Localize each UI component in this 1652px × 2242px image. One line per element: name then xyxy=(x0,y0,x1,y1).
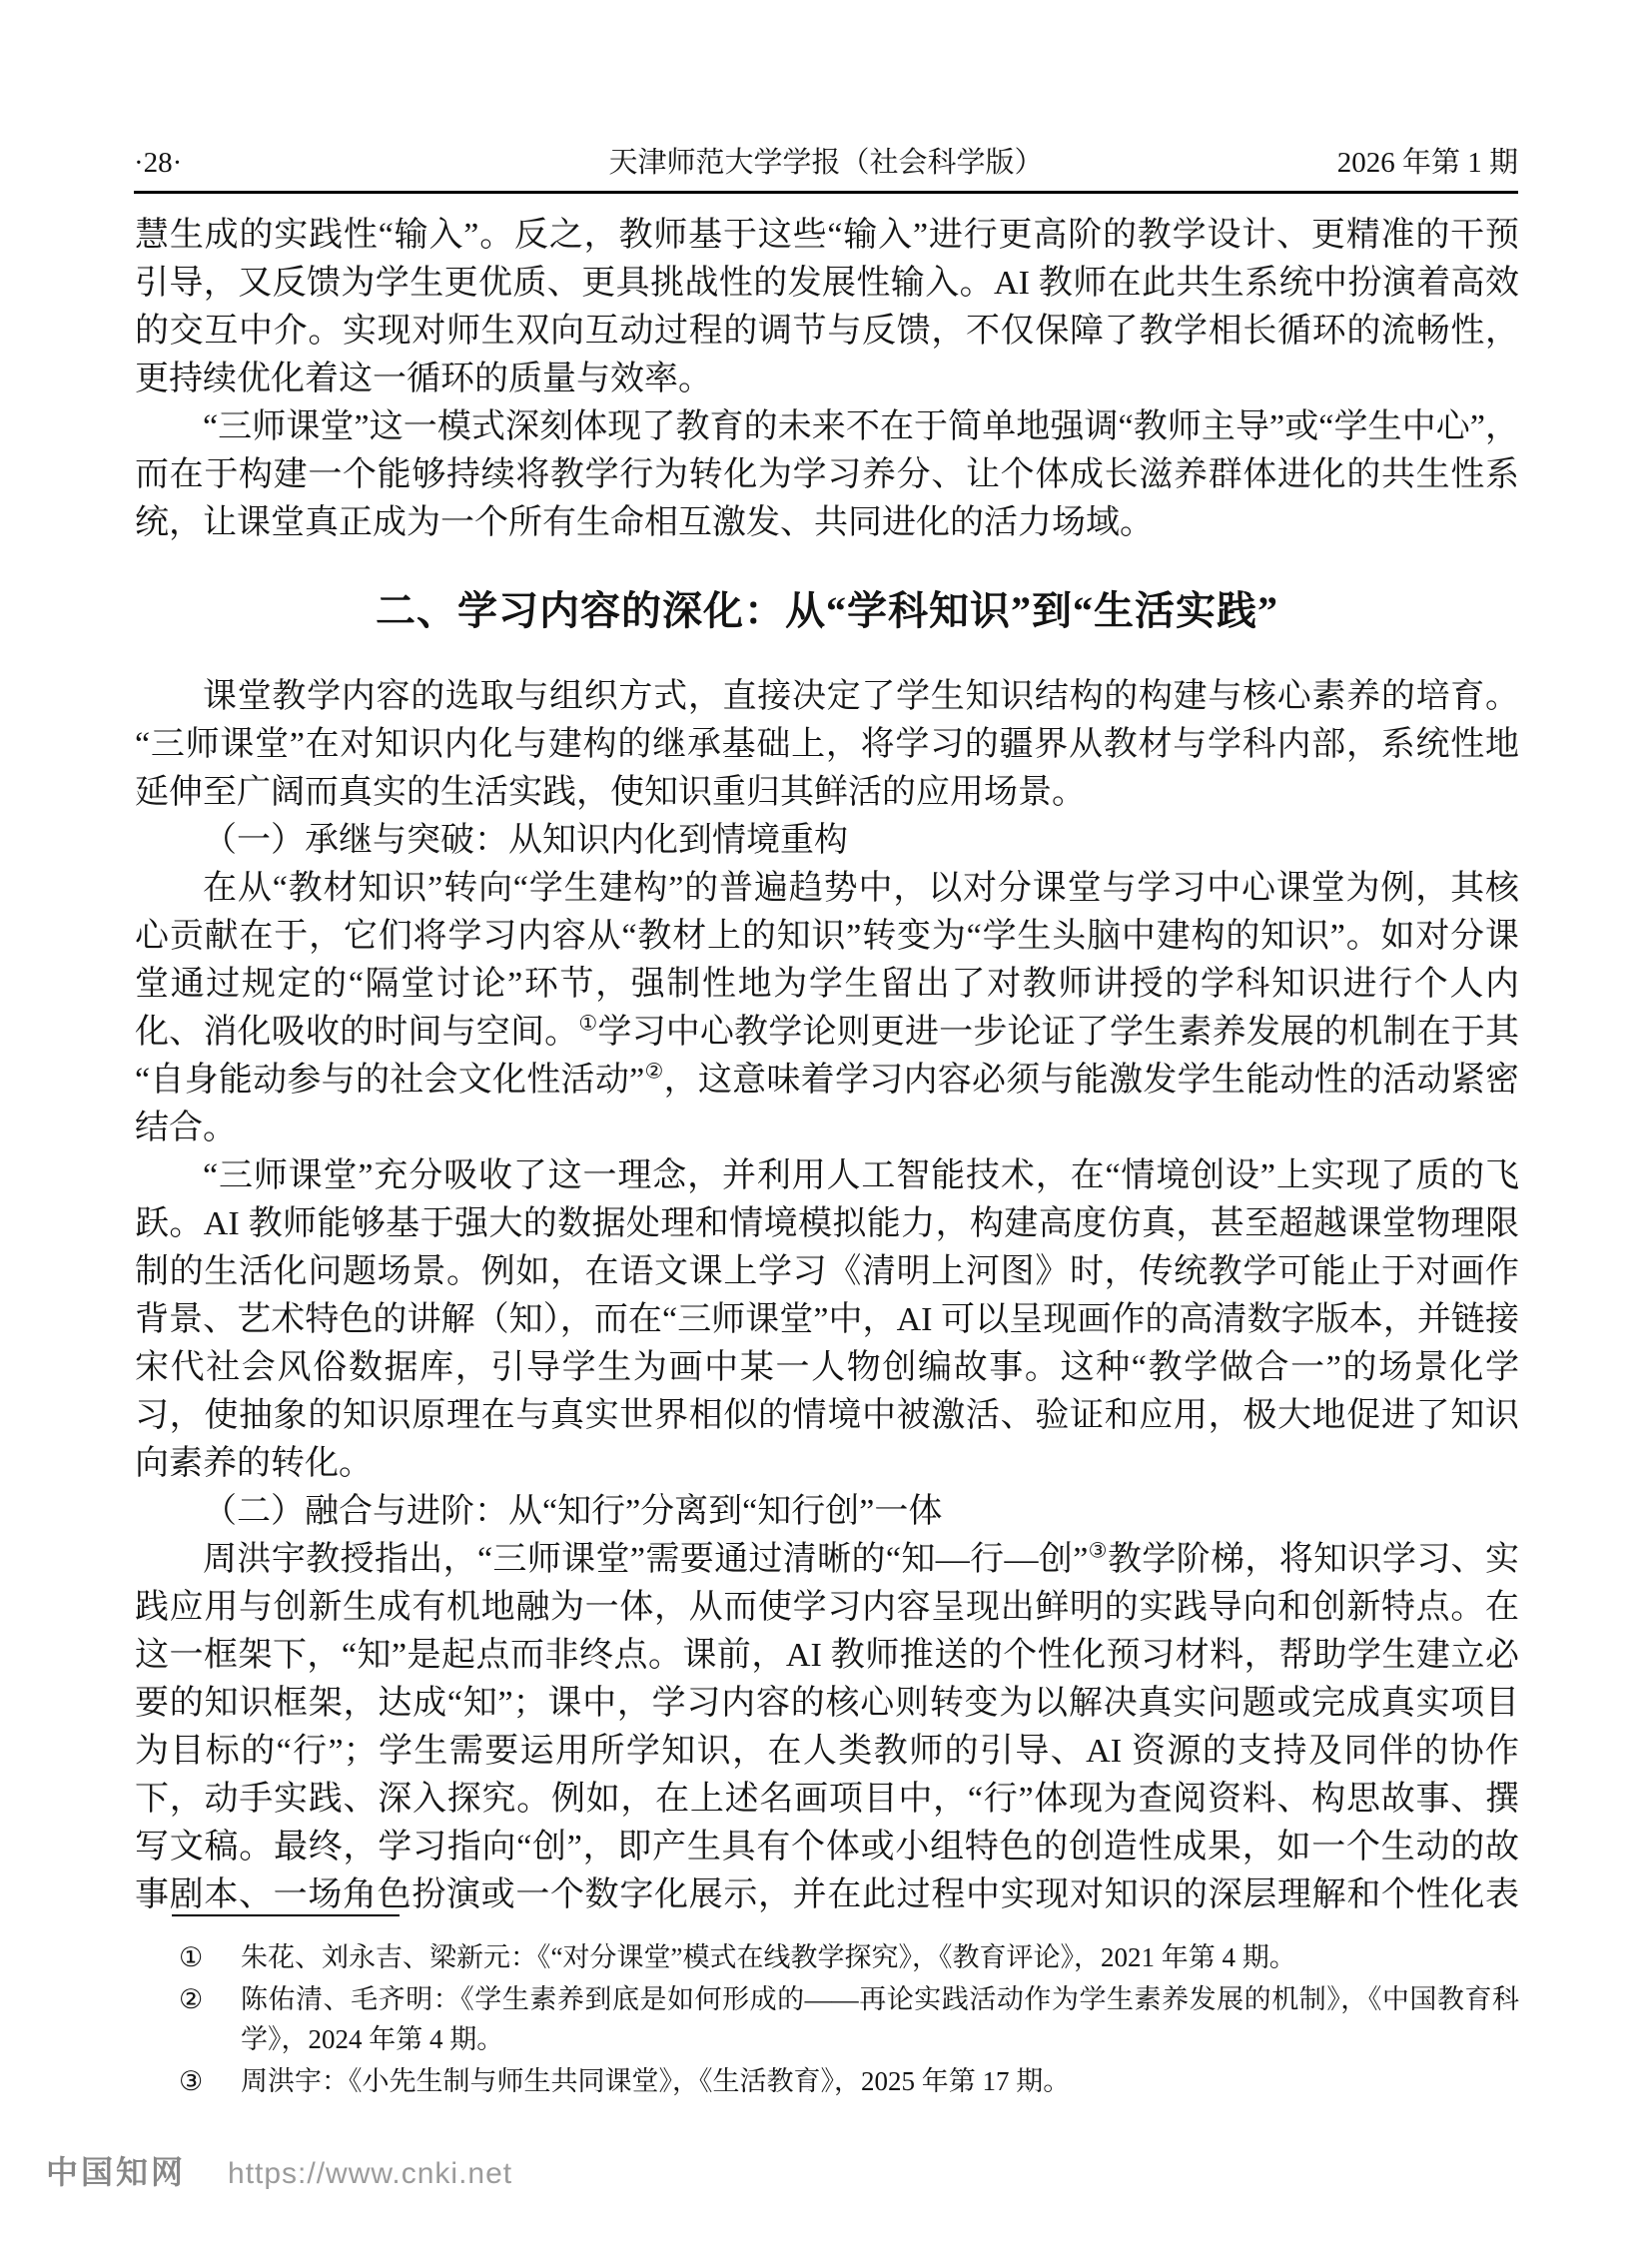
journal-page: ·28· 天津师范大学学报（社会科学版） 2026 年第 1 期 慧生成的实践性… xyxy=(0,0,1652,2242)
footnote-text: 朱花、刘永吉、梁新元：《“对分课堂”模式在线教学探究》，《教育评论》，2021 … xyxy=(241,1942,1296,1972)
paragraph-continuation: 慧生成的实践性“输入”。反之，教师基于这些“输入”进行更高阶的教学设计、更精准的… xyxy=(135,212,1519,403)
cnki-url: https://www.cnki.net xyxy=(228,2157,512,2191)
header-rule xyxy=(134,191,1518,194)
footnote-number: ① xyxy=(179,1937,203,1977)
section-heading: 二、学习内容的深化：从“学科知识”到“生活实践” xyxy=(135,583,1519,639)
footnote-text: 周洪宇：《小先生制与师生共同课堂》，《生活教育》，2025 年第 17 期。 xyxy=(241,2066,1070,2096)
paragraph-situation-creation: “三师课堂”充分吸收了这一理念，并利用人工智能技术，在“情境创设”上实现了质的飞… xyxy=(135,1152,1519,1488)
footnote-item: ③ 周洪宇：《小先生制与师生共同课堂》，《生活教育》，2025 年第 17 期。 xyxy=(135,2061,1519,2101)
footnote-number: ② xyxy=(179,1979,203,2019)
footnote-separator xyxy=(172,1914,400,1916)
paragraph-content-intro: 课堂教学内容的选取与组织方式，直接决定了学生知识结构的构建与核心素养的培育。“三… xyxy=(135,673,1519,817)
article-body: 慧生成的实践性“输入”。反之，教师基于这些“输入”进行更高阶的教学设计、更精准的… xyxy=(135,212,1519,1914)
subsection-heading-2: （二）融合与进阶：从“知行”分离到“知行创”一体 xyxy=(135,1488,1519,1536)
footnote-number: ③ xyxy=(179,2061,203,2101)
subsection-heading-1: （一）承继与突破：从知识内化到情境重构 xyxy=(135,817,1519,865)
issue-info: 2026 年第 1 期 xyxy=(1258,146,1518,180)
cnki-brand: 中国知网 xyxy=(46,2147,186,2193)
journal-title: 天津师范大学学报（社会科学版） xyxy=(394,146,1258,180)
cnki-watermark: 中国知网 https://www.cnki.net xyxy=(46,2147,512,2193)
page-number: ·28· xyxy=(134,146,394,180)
paragraph-zhi-xing-chuang: 周洪宇教授指出，“三师课堂”需要通过清晰的“知—行—创”③教学阶梯，将知识学习、… xyxy=(135,1536,1519,1914)
footnote-text: 陈佑清、毛齐明：《学生素养到底是如何形成的——再论实践活动作为学生素养发展的机制… xyxy=(241,1984,1519,2054)
footnotes: ① 朱花、刘永吉、梁新元：《“对分课堂”模式在线教学探究》，《教育评论》，202… xyxy=(135,1937,1519,2103)
paragraph-symbiosis: “三师课堂”这一模式深刻体现了教育的未来不在于简单地强调“教师主导”或“学生中心… xyxy=(135,403,1519,547)
paragraph-knowledge-construction: 在从“教材知识”转向“学生建构”的普遍趋势中，以对分课堂与学习中心课堂为例，其核… xyxy=(135,865,1519,1152)
footnote-item: ① 朱花、刘永吉、梁新元：《“对分课堂”模式在线教学探究》，《教育评论》，202… xyxy=(135,1937,1519,1977)
page-header: ·28· 天津师范大学学报（社会科学版） 2026 年第 1 期 xyxy=(134,146,1518,180)
footnote-item: ② 陈佑清、毛齐明：《学生素养到底是如何形成的——再论实践活动作为学生素养发展的… xyxy=(135,1979,1519,2059)
